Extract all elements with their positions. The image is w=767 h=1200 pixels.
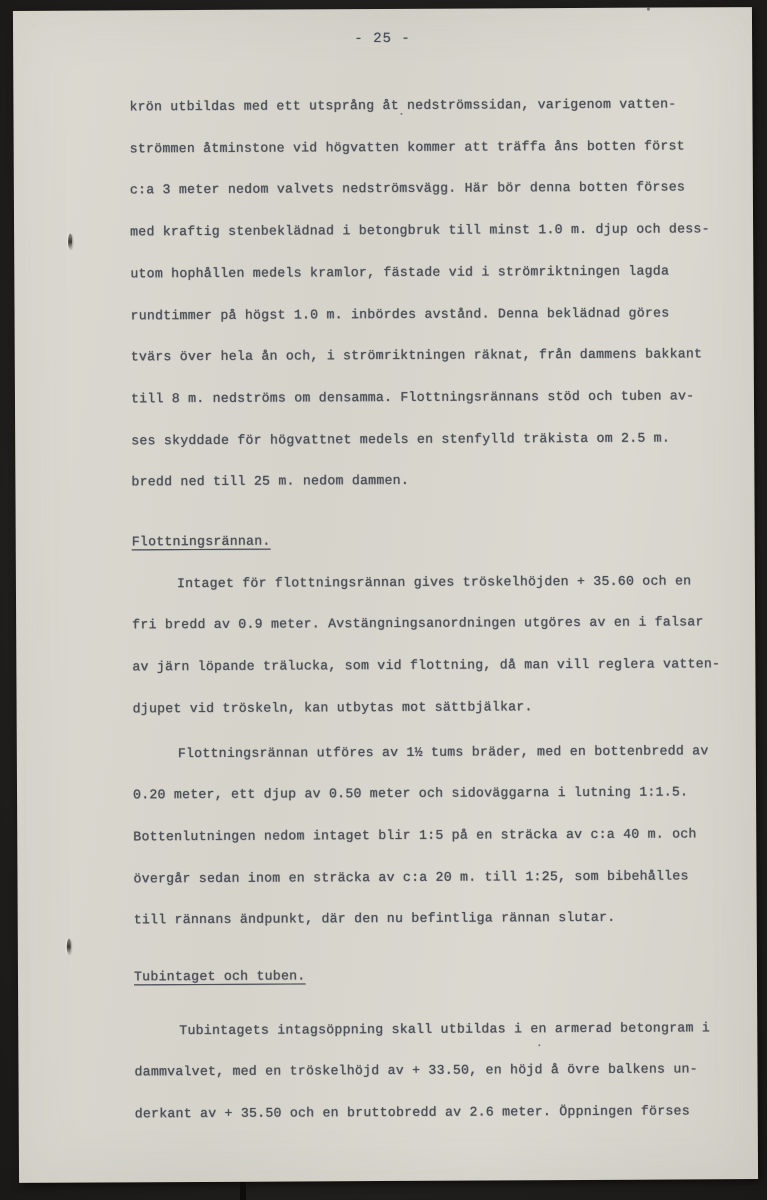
text-line: till rännans ändpunkt, där den nu befint… (134, 897, 734, 942)
text-line: rundtimmer på högst 1.0 m. inbördes avst… (130, 292, 730, 337)
section-heading-tubintaget: Tubintaget och tuben. (134, 953, 734, 998)
text-line: till 8 m. nedströms om densamma. Flottni… (131, 375, 731, 420)
text-line: strömmen åtminstone vid högvatten kommer… (130, 125, 730, 170)
text-line: derkant av + 35.50 och en bruttobredd av… (135, 1090, 735, 1135)
text-line: Bottenlutningen nedom intaget blir 1:5 p… (133, 813, 733, 858)
text-line: Flottningsrännan utföres av 1½ tums bräd… (133, 730, 733, 775)
document-page: - 25 - krön utbildas med ett utsprång åt… (13, 7, 758, 1183)
text-line: c:a 3 meter nedom valvets nedströmsvägg.… (130, 167, 730, 212)
scan-edge-mark (240, 1182, 246, 1200)
paragraph-flottningsrannan-intake: Intaget för flottningsrännan gives trösk… (132, 560, 733, 730)
text-line: 0.20 meter, ett djup av 0.50 meter och s… (133, 771, 733, 816)
text-line: djupet vid tröskeln, kan utbytas mot sät… (132, 685, 732, 730)
paper-speck (647, 8, 650, 11)
text-line: tvärs över hela ån och, i strömriktninge… (131, 333, 731, 378)
paper-tear-mark (66, 939, 71, 954)
paragraph-flottningsrannan-dimensions: Flottningsrännan utföres av 1½ tums bräd… (133, 730, 734, 942)
text-line: krön utbildas med ett utsprång åt nedstr… (129, 83, 729, 128)
typewritten-text: krön utbildas med ett utsprång åt nedstr… (129, 83, 734, 1135)
paper-tear-mark (68, 234, 73, 249)
text-line: utom hophållen medels kramlor, fästade v… (130, 250, 730, 295)
text-line: övergår sedan inom en sträcka av c:a 20 … (133, 855, 733, 900)
text-line: med kraftig stenbeklädnad i betongbruk t… (130, 208, 730, 253)
text-line: Tubintagets intagsöppning skall utbildas… (134, 1007, 734, 1052)
text-line: av järn löpande trälucka, som vid flottn… (132, 643, 732, 688)
page-number: - 25 - (13, 29, 752, 49)
text-line: fri bredd av 0.9 meter. Avstängningsanor… (132, 602, 732, 647)
paragraph-tubintaget: Tubintagets intagsöppning skall utbildas… (134, 1007, 735, 1135)
paragraph-dam-crest: krön utbildas med ett utsprång åt nedstr… (129, 83, 731, 503)
text-line: ses skyddade för högvattnet medels en st… (131, 417, 731, 462)
section-heading-flottningsrannan: Flottningsrännan. (132, 518, 732, 563)
text-line: bredd ned till 25 m. nedom dammen. (131, 459, 731, 504)
text-line: Intaget för flottningsrännan gives trösk… (132, 560, 732, 605)
text-line: dammvalvet, med en tröskelhöjd av + 33.5… (134, 1049, 734, 1094)
